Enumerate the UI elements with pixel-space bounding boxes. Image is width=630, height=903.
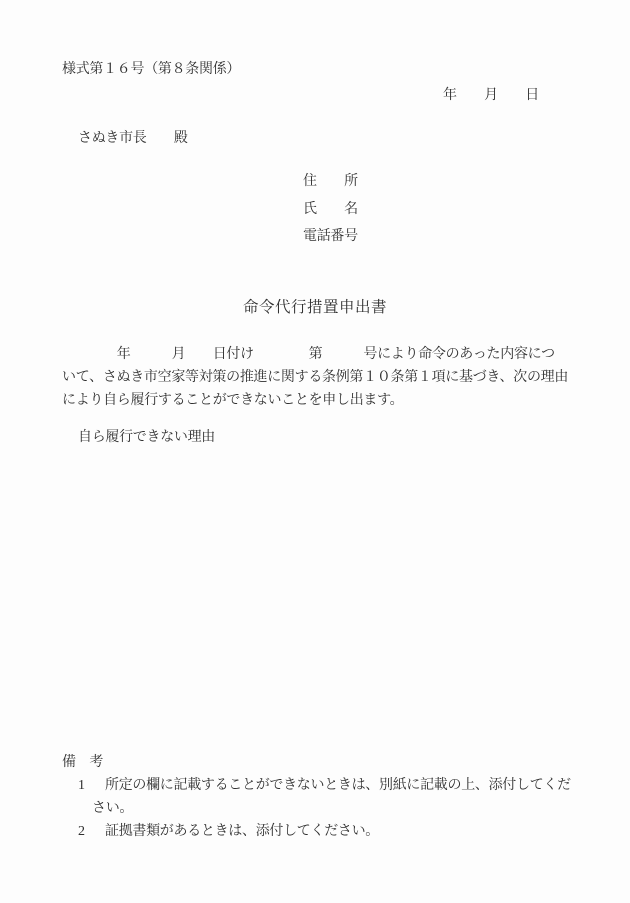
remarks-heading: 備 考: [62, 756, 103, 770]
reason-label: 自ら履行できない理由: [78, 431, 215, 445]
body-line-3: により自ら履行することができないことを申し出ます。: [62, 394, 403, 408]
remarks-item-1-text: 所定の欄に記載することができないときは、別紙に記載の上、添付してくだ: [105, 778, 571, 793]
remarks-item-2-text: 証拠書類があるときは、添付してください。: [105, 824, 379, 839]
document-page: 様式第１６号（第８条関係） 年 月 日 さぬき市長 殿 住 所 氏 名 電話番号…: [0, 0, 630, 903]
body-line-1: 年 月 日付け 第 号により命令のあった内容につ: [62, 348, 555, 362]
remarks-item-2-line-1: 2証拠書類があるときは、添付してください。: [78, 825, 379, 839]
remarks-item-1-number: 1: [78, 779, 105, 793]
remarks-item-2-number: 2: [78, 825, 105, 839]
sender-phone-label: 電話番号: [303, 230, 358, 244]
form-number: 様式第１６号（第８条関係）: [62, 63, 240, 77]
remarks-item-1-line-2: さい。: [92, 802, 133, 816]
body-line-2: いて、さぬき市空家等対策の推進に関する条例第１０条第１項に基づき、次の理由: [62, 371, 568, 385]
sender-address-label: 住 所: [303, 175, 358, 189]
date-line: 年 月 日: [443, 89, 539, 103]
addressee: さぬき市長 殿: [78, 132, 188, 146]
remarks-item-1-line-1: 1所定の欄に記載することができないときは、別紙に記載の上、添付してくだ: [78, 779, 571, 793]
document-title: 命令代行措置申出書: [0, 300, 630, 316]
sender-name-label: 氏 名: [303, 203, 358, 217]
